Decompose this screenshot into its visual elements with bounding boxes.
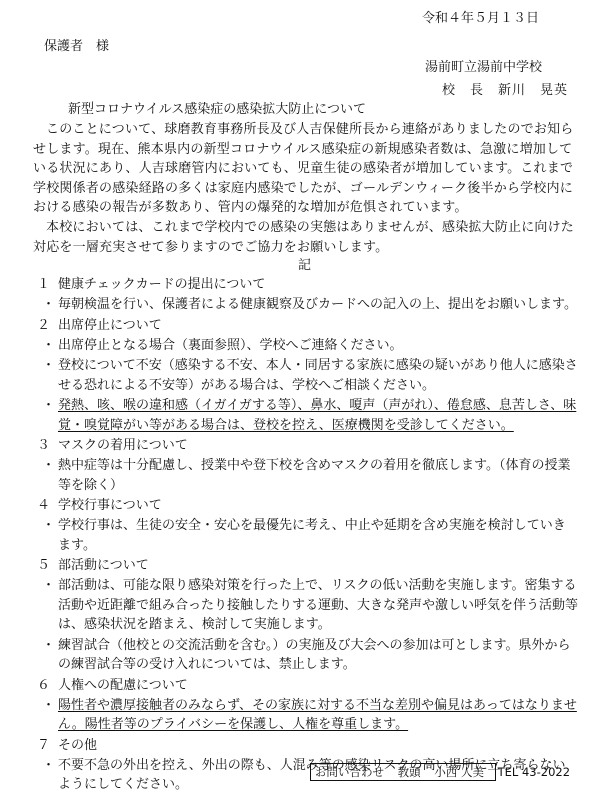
section-attendance-suspension: ２ 出席停止について ・ 出席停止となる場合（裏面参照）、学校へご連絡ください。… bbox=[33, 316, 593, 436]
school-name: 湯前町立湯前中学校 bbox=[425, 58, 542, 77]
bullet-icon: ・ bbox=[42, 696, 55, 716]
section-number: １ bbox=[37, 275, 50, 294]
list-item: ・ 発熱、咳、喉の違和感（イガイガする等）、鼻水、嗄声（声がれ）、倦怠感、息苦し… bbox=[33, 396, 578, 435]
principal-name: 校 長 新川 晃英 bbox=[442, 81, 568, 100]
bullet-icon: ・ bbox=[42, 396, 55, 416]
list-item: ・ 登校について不安（感染する不安、本人・同居する家族に感染の疑いがあり他人に感… bbox=[33, 356, 578, 395]
notice-list: １ 健康チェックカードの提出について ・ 毎朝検温を行い、保護者による健康観察及… bbox=[33, 275, 593, 796]
section-title: 出席停止について bbox=[58, 316, 162, 335]
contact-role: 教頭 bbox=[398, 765, 421, 779]
request-paragraph: 本校においては、これまで学校内での感染の実態はありませんが、感染拡大防止に向けた… bbox=[33, 218, 581, 257]
contact-name: 小西 人美 bbox=[434, 765, 484, 779]
list-item: ・ 熱中症等は十分配慮し、授業中や登下校を含めマスクの着用を徹底します。（体育の… bbox=[33, 456, 578, 495]
section-title: 健康チェックカードの提出について bbox=[58, 275, 265, 294]
document-date: 令和４年５月１３日 bbox=[422, 9, 539, 28]
bullet-icon: ・ bbox=[42, 576, 55, 596]
bullet-icon: ・ bbox=[42, 456, 55, 476]
intro-paragraph: このことについて、球磨教育事務所長及び人吉保健所長から連絡がありましたのでお知ら… bbox=[33, 120, 581, 218]
list-item: ・ 出席停止となる場合（裏面参照）、学校へご連絡ください。 bbox=[33, 336, 578, 356]
contact-phone: TEL 43-2022 bbox=[498, 765, 570, 779]
addressee: 保護者 様 bbox=[44, 37, 109, 56]
list-item: ・ 部活動は、可能な限り感染対策を行った上で、リスクの低い活動を実施します。密集… bbox=[33, 576, 578, 635]
list-item: ・ 学校行事は、生徒の安全・安心を最優先に考え、中止や延期を含め実施を検討してい… bbox=[33, 516, 578, 555]
section-number: ２ bbox=[37, 316, 50, 335]
section-school-events: ４ 学校行事について ・ 学校行事は、生徒の安全・安心を最優先に考え、中止や延期… bbox=[33, 496, 593, 555]
bullet-icon: ・ bbox=[42, 356, 55, 376]
bullet-icon: ・ bbox=[42, 636, 55, 656]
list-item: ・ 毎朝検温を行い、保護者による健康観察及びカードへの記入の上、提出をお願いしま… bbox=[33, 295, 578, 315]
section-club-activities: ５ 部活動について ・ 部活動は、可能な限り感染対策を行った上で、リスクの低い活… bbox=[33, 556, 593, 675]
document-title: 新型コロナウイルス感染症の感染拡大防止について bbox=[68, 100, 366, 119]
section-health-check: １ 健康チェックカードの提出について ・ 毎朝検温を行い、保護者による健康観察及… bbox=[33, 275, 593, 315]
section-mask: ３ マスクの着用について ・ 熱中症等は十分配慮し、授業中や登下校を含めマスクの… bbox=[33, 436, 593, 495]
ki-heading: 記 bbox=[298, 256, 311, 275]
section-title: 人権への配慮について bbox=[58, 676, 188, 695]
section-human-rights: ６ 人権への配慮について ・ 陽性者や濃厚接触者のみならず、その家族に対する不当… bbox=[33, 676, 593, 735]
section-title: 学校行事について bbox=[58, 496, 162, 515]
bullet-icon: ・ bbox=[42, 336, 55, 356]
section-number: ５ bbox=[37, 556, 50, 575]
bullet-icon: ・ bbox=[42, 295, 55, 315]
list-item: ・ 練習試合（他校との交流活動を含む。）の実施及び大会への参加は可とします。県外… bbox=[33, 636, 578, 675]
section-number: ３ bbox=[37, 436, 50, 455]
section-number: ７ bbox=[37, 736, 50, 755]
section-title: マスクの着用について bbox=[58, 436, 188, 455]
section-number: ６ bbox=[37, 676, 50, 695]
bullet-icon: ・ bbox=[42, 516, 55, 536]
contact-label: お問い合わせ bbox=[315, 765, 384, 779]
section-title: 部活動について bbox=[58, 556, 149, 575]
section-number: ４ bbox=[37, 496, 50, 515]
contact-box: お問い合わせ 教頭 小西 人美 TEL 43-2022 bbox=[310, 763, 496, 781]
list-item: ・ 陽性者や濃厚接触者のみならず、その家族に対する不当な差別や偏見はあってはなり… bbox=[33, 696, 578, 735]
section-title: その他 bbox=[58, 736, 97, 755]
bullet-icon: ・ bbox=[42, 756, 55, 776]
